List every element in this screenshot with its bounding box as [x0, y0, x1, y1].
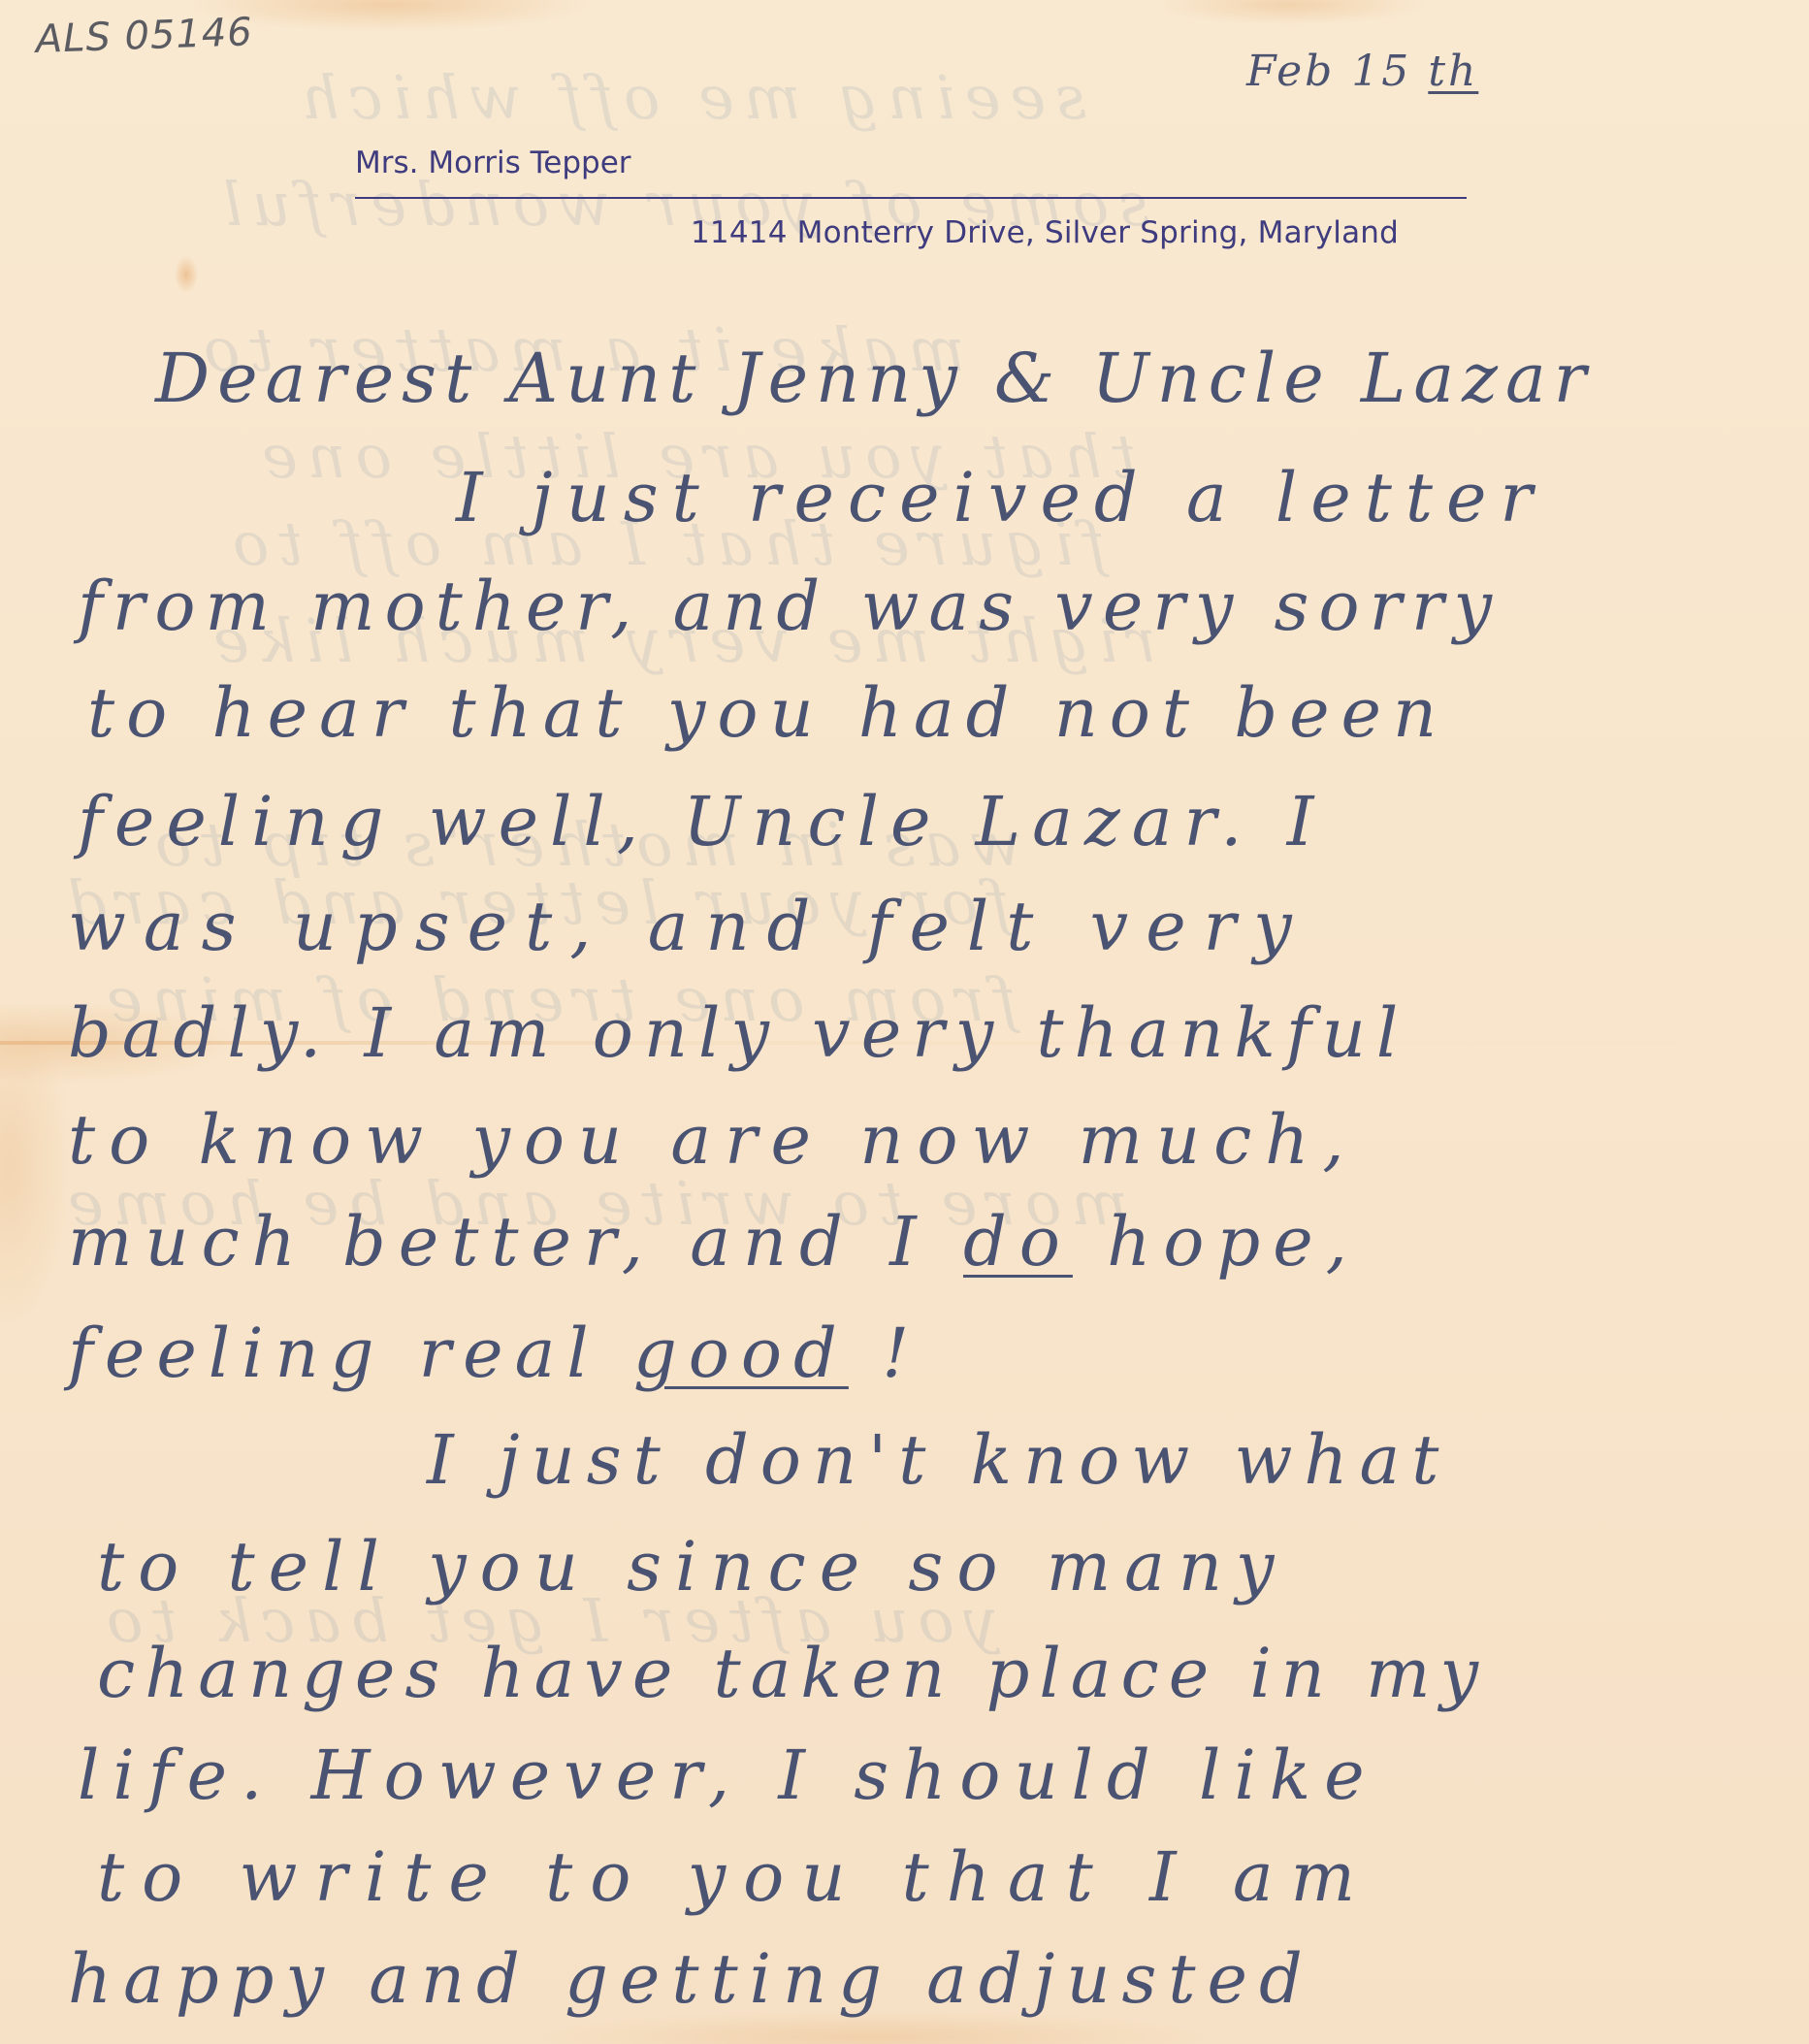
body-line: much better, and I do hope,: [68, 1208, 1360, 1276]
underlined-word: good: [633, 1314, 849, 1393]
body-line: to hear that you had not been: [87, 679, 1448, 747]
letter-page: seeing me off which some of your wonderf…: [0, 0, 1809, 2044]
body-line: was upset, and felt very: [68, 892, 1309, 960]
body-line: life. However, I should like: [78, 1741, 1378, 1809]
salutation: Dearest Aunt Jenny & Uncle Lazar: [155, 344, 1594, 412]
letterhead-address: 11414 Monterry Drive, Silver Spring, Mar…: [691, 215, 1399, 250]
body-line: to tell you since so many: [97, 1533, 1287, 1601]
letter-date: Feb 15 th: [1246, 47, 1478, 96]
body-line: I just don't know what: [427, 1426, 1450, 1494]
date-text: Feb 15: [1246, 47, 1411, 96]
date-suffix: th: [1428, 47, 1478, 96]
body-line: feeling real good !: [68, 1319, 921, 1387]
body-line: badly. I am only very thankful: [68, 999, 1408, 1067]
body-text: feeling real: [68, 1314, 633, 1393]
underlined-word: do: [963, 1202, 1073, 1282]
show-through-line: seeing me off which: [291, 68, 1086, 128]
archive-id: ALS 05146: [35, 10, 253, 62]
body-line: I just received a letter: [456, 464, 1546, 532]
body-line: changes have taken place in my: [97, 1639, 1488, 1707]
body-text: much better, and I: [68, 1202, 963, 1282]
body-line: to know you are now much,: [68, 1106, 1358, 1174]
body-text: !: [849, 1314, 921, 1393]
body-line: from mother, and was very sorry: [78, 572, 1502, 640]
letterhead-name: Mrs. Morris Tepper: [355, 146, 631, 180]
body-line: to write to you that I am: [97, 1843, 1373, 1911]
body-line: happy and getting adjusted: [68, 1945, 1314, 2013]
body-text: hope,: [1073, 1202, 1360, 1282]
letterhead-rule: [355, 197, 1467, 199]
body-line: feeling well, Uncle Lazar. I: [78, 788, 1325, 856]
